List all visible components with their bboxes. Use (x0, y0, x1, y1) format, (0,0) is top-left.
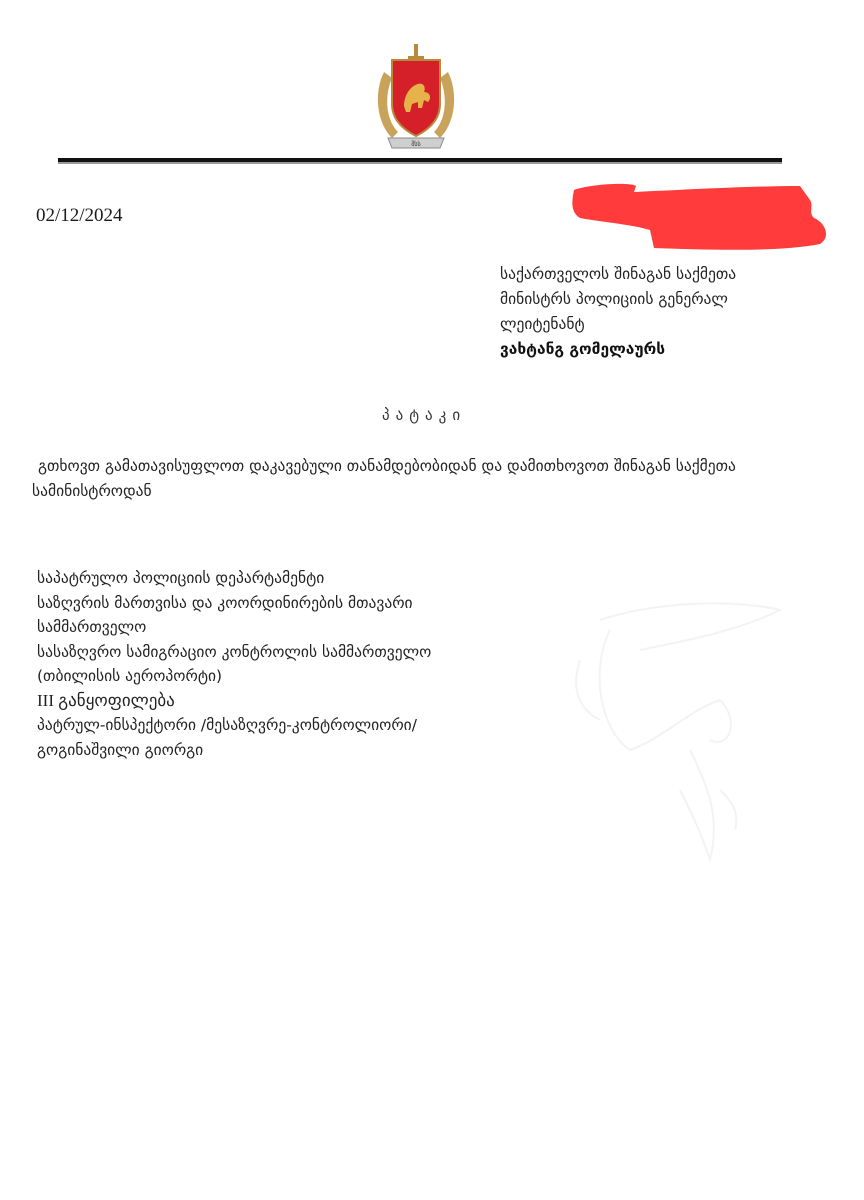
request-paragraph: გთხოვთ გამათავისუფლოთ დაკავებული თანამდე… (34, 454, 834, 504)
addressee-line: საქართველოს შინაგან საქმეთა (500, 262, 736, 287)
addressee-line: ლეიტენანტ (500, 312, 736, 337)
sender-line: სასაზღვრო სამიგრაციო კონტროლის სამმართვე… (37, 640, 431, 665)
svg-text:შსს: შსს (411, 141, 420, 148)
sender-signature-block: საპატრულო პოლიციის დეპარტამენტი საზღვრის… (37, 566, 431, 762)
sender-line: საზღვრის მართვისა და კოორდინირების მთავა… (37, 591, 431, 616)
addressee-name: ვახტანგ გომელაურს (500, 337, 736, 362)
sender-line: საპატრულო პოლიციის დეპარტამენტი (37, 566, 431, 591)
document-title: პატაკი (382, 406, 466, 424)
header-rule (58, 158, 782, 162)
addressee-block: საქართველოს შინაგან საქმეთა მინისტრს პოლ… (500, 262, 736, 362)
sender-line: პატრულ-ინსპექტორი /მესაზღვრე-კონტროლიორი… (37, 713, 431, 738)
sender-name: გოგინაშვილი გიორგი (37, 738, 431, 763)
sender-line: (თბილისის აეროპორტი) (37, 664, 431, 689)
request-line: გთხოვთ გამათავისუფლოთ დაკავებული თანამდე… (34, 454, 834, 479)
addressee-line: მინისტრს პოლიციის გენერალ (500, 287, 736, 312)
sender-line: III განყოფილება (37, 689, 431, 714)
document-date: 02/12/2024 (36, 205, 123, 227)
sender-line: სამმართველო (37, 615, 431, 640)
request-line: სამინისტროდან (32, 479, 834, 504)
redaction-mark (570, 180, 832, 254)
handwritten-signature (540, 590, 800, 870)
police-emblem-icon: შსს (374, 42, 458, 154)
